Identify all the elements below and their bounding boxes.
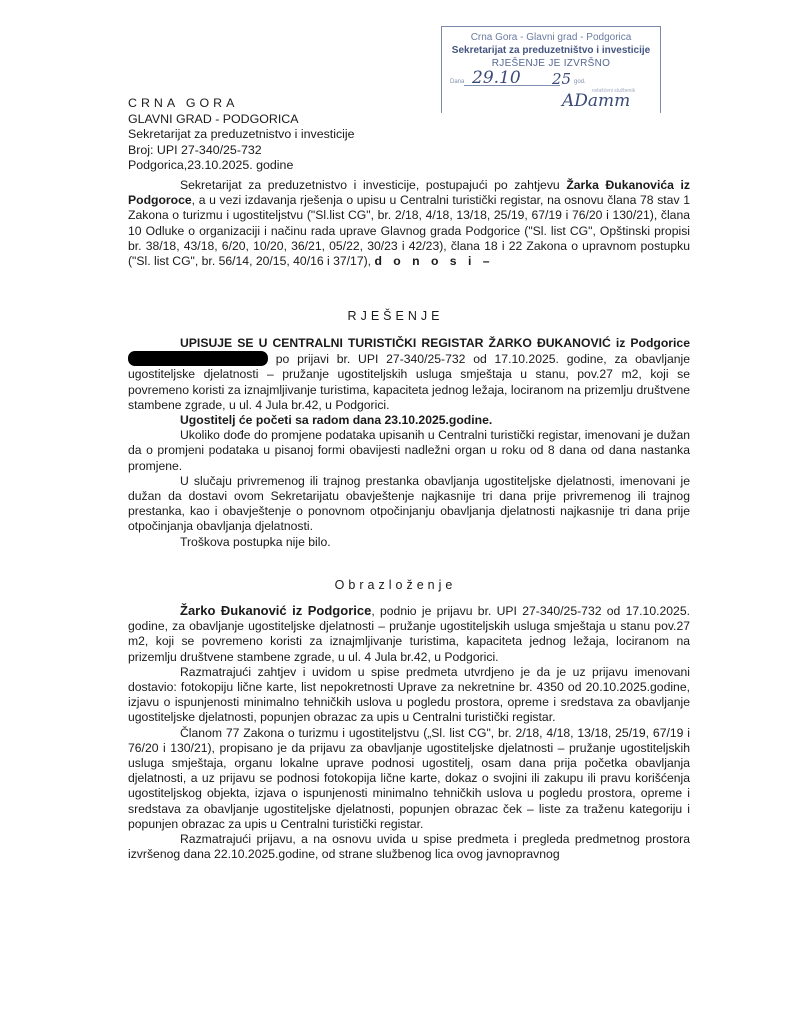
decision-change-notice: Ukoliko dođe do promjene podataka upisan… [128,428,690,474]
document-page: Crna Gora - Glavni grad - Podgorica Sekr… [0,0,791,1024]
enforceability-stamp: Crna Gora - Glavni grad - Podgorica Sekr… [441,26,661,113]
reasoning-inspection: Razmatrajući prijavu, a na osnovu uvida … [128,832,690,862]
intro-paragraph: Sekretarijat za preduzetnistvo i investi… [128,178,690,269]
stamp-dana-label: Dana [450,79,464,85]
decision-title: RJEŠENJE [0,309,791,323]
stamp-line-authority: Crna Gora - Glavni grad - Podgorica [442,32,660,43]
reasoning-title: Obrazloženje [0,578,791,592]
stamp-line-department: Sekretarijat za preduzetništvo i investi… [442,45,660,56]
stamp-signature: ADamm [562,91,630,111]
header-department: Sekretarijat za preduzetnistvo i investi… [128,127,355,143]
reasoning-applicant: Žarko Đukanović iz Podgorice [180,603,371,618]
intro-donosi: d o n o s i – [374,254,493,268]
intro-text-1: Sekretarijat za preduzetnistvo i investi… [180,178,566,192]
decision-registration-bold: UPISUJE SE U CENTRALNI TURISTIČKI REGIST… [180,336,690,350]
decision-suspension-notice: U slučaju privremenog ili trajnog presta… [128,474,690,535]
reasoning-body: Žarko Đukanović iz Podgorice, podnio je … [128,603,690,862]
document-header: CRNA GORA GLAVNI GRAD - PODGORICA Sekret… [128,96,355,174]
header-place-date: Podgorica,23.10.2025. godine [128,158,355,174]
decision-body: UPISUJE SE U CENTRALNI TURISTIČKI REGIST… [128,336,690,550]
header-country: CRNA GORA [128,96,355,112]
redaction-bar [128,351,268,366]
reasoning-legal-basis: Članom 77 Zakona o turizmu i ugostiteljs… [128,726,690,832]
stamp-handwritten-date: 29.10 [472,68,521,88]
reasoning-documents: Razmatrajući zahtjev i uvidom u spise pr… [128,665,690,726]
stamp-god-label: god. [574,79,586,85]
stamp-handwritten-year: 25 [552,70,571,88]
header-city: GLAVNI GRAD - PODGORICA [128,112,355,128]
header-case-number: Broj: UPI 27-340/25-732 [128,143,355,159]
decision-start-date: Ugostitelj će početi sa radom dana 23.10… [128,413,690,428]
decision-costs: Troškova postupka nije bilo. [128,535,690,550]
